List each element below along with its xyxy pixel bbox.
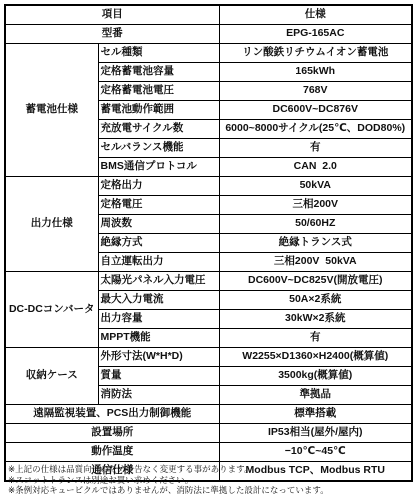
header-item-cell: 項目	[5, 5, 219, 25]
value-cell: 768V	[219, 82, 412, 101]
item-cell: 外形寸法(W*H*D)	[98, 348, 219, 367]
item-cell: 絶縁方式	[98, 234, 219, 253]
value-cell: 165kWh	[219, 63, 412, 82]
value-cell: 有	[219, 139, 412, 158]
footnote-line: ※スコットトランスは別途お買い求めください。	[8, 475, 408, 486]
table-row: 蓄電池仕様 セル種類 リン酸鉄リチウムイオン蓄電池	[5, 44, 412, 63]
item-cell: 自立運転出力	[98, 253, 219, 272]
model-value-cell: EPG-165AC	[219, 25, 412, 44]
item-cell: 定格蓄電池電圧	[98, 82, 219, 101]
item-cell: 定格出力	[98, 177, 219, 196]
value-cell: DC600V~DC876V	[219, 101, 412, 120]
value-cell: 30kW×2系統	[219, 310, 412, 329]
footnote-line: ※条例対応キュービクルではありませんが、消防法に準拠した設計になっています。	[8, 485, 408, 496]
value-cell: 絶縁トランス式	[219, 234, 412, 253]
item-cell: 充放電サイクル数	[98, 120, 219, 139]
item-cell: セル種類	[98, 44, 219, 63]
value-cell: −10℃~45℃	[219, 443, 412, 462]
item-cell: 質量	[98, 367, 219, 386]
value-cell: 50/60HZ	[219, 215, 412, 234]
model-row: 型番 EPG-165AC	[5, 25, 412, 44]
fullrow-label-cell: 動作温度	[5, 443, 219, 462]
value-cell: 準拠品	[219, 386, 412, 405]
value-cell: リン酸鉄リチウムイオン蓄電池	[219, 44, 412, 63]
item-cell: 最大入力電流	[98, 291, 219, 310]
item-cell: 定格蓄電池容量	[98, 63, 219, 82]
value-cell: 50A×2系統	[219, 291, 412, 310]
table-row: 遠隔監視装置、PCS出力制御機能 標準搭載	[5, 405, 412, 424]
table-row: 収納ケース 外形寸法(W*H*D) W2255×D1360×H2400(概算値)	[5, 348, 412, 367]
table-header-row: 項目 仕様	[5, 5, 412, 25]
value-cell: 標準搭載	[219, 405, 412, 424]
group-case-cell: 収納ケース	[5, 348, 98, 405]
table-row: DC-DCコンバータ 太陽光パネル入力電圧 DC600V~DC825V(開放電圧…	[5, 272, 412, 291]
value-cell: 三相200V	[219, 196, 412, 215]
value-cell: IP53相当(屋外/屋内)	[219, 424, 412, 443]
spec-sheet-page: 項目 仕様 型番 EPG-165AC 蓄電池仕様 セル種類 リン酸鉄リチウムイオ…	[0, 0, 415, 500]
group-output-cell: 出力仕様	[5, 177, 98, 272]
item-cell: 蓄電池動作範囲	[98, 101, 219, 120]
item-cell: セルバランス機能	[98, 139, 219, 158]
group-dcdc-cell: DC-DCコンバータ	[5, 272, 98, 348]
spec-table: 項目 仕様 型番 EPG-165AC 蓄電池仕様 セル種類 リン酸鉄リチウムイオ…	[4, 4, 413, 482]
item-cell: 太陽光パネル入力電圧	[98, 272, 219, 291]
value-cell: 有	[219, 329, 412, 348]
group-battery-cell: 蓄電池仕様	[5, 44, 98, 177]
item-cell: BMS通信プロトコル	[98, 158, 219, 177]
item-cell: MPPT機能	[98, 329, 219, 348]
header-spec-cell: 仕様	[219, 5, 412, 25]
model-label-cell: 型番	[5, 25, 219, 44]
value-cell: 三相200V 50kVA	[219, 253, 412, 272]
value-cell: W2255×D1360×H2400(概算値)	[219, 348, 412, 367]
value-cell: CAN 2.0	[219, 158, 412, 177]
item-cell: 消防法	[98, 386, 219, 405]
table-row: 動作温度 −10℃~45℃	[5, 443, 412, 462]
value-cell: 6000~8000サイクル(25℃、DOD80%)	[219, 120, 412, 139]
value-cell: DC600V~DC825V(開放電圧)	[219, 272, 412, 291]
item-cell: 定格電圧	[98, 196, 219, 215]
value-cell: 3500kg(概算値)	[219, 367, 412, 386]
item-cell: 出力容量	[98, 310, 219, 329]
fullrow-label-cell: 設置場所	[5, 424, 219, 443]
table-row: 設置場所 IP53相当(屋外/屋内)	[5, 424, 412, 443]
fullrow-label-cell: 遠隔監視装置、PCS出力制御機能	[5, 405, 219, 424]
item-cell: 周波数	[98, 215, 219, 234]
table-row: 出力仕様 定格出力 50kVA	[5, 177, 412, 196]
footnote-line: ※上記の仕様は品質向上のため予告なく変更する事があります。	[8, 464, 408, 475]
footnotes: ※上記の仕様は品質向上のため予告なく変更する事があります。 ※スコットトランスは…	[8, 464, 408, 496]
value-cell: 50kVA	[219, 177, 412, 196]
